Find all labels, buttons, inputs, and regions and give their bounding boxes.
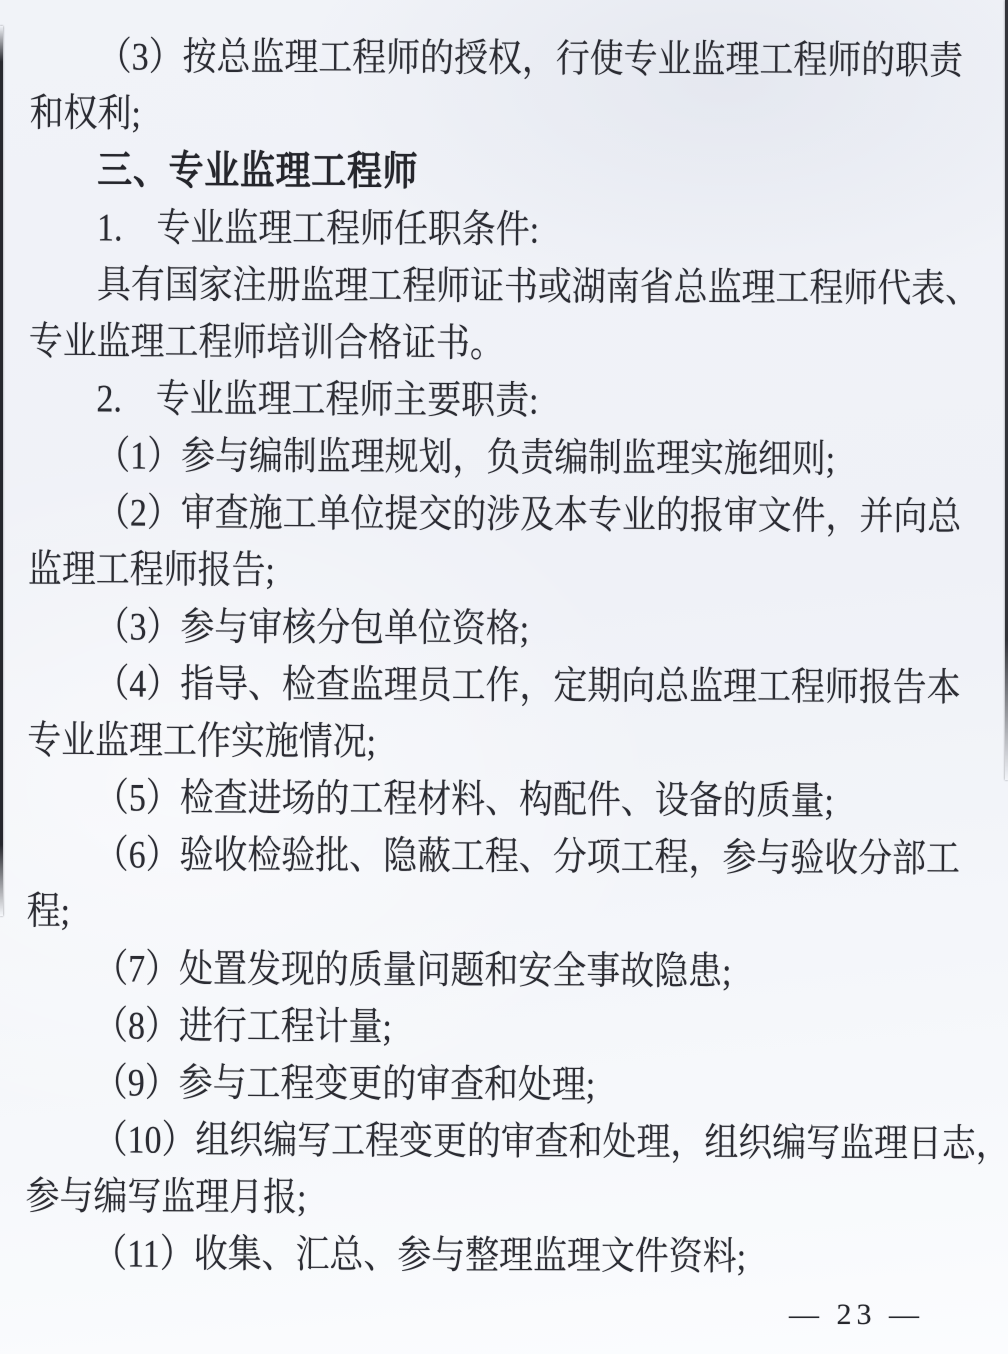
paragraph-line: （3）参与审核分包单位资格; [28, 598, 977, 660]
paragraph-line: （10）组织编写工程变更的审查和处理，组织编写监理日志， [26, 1111, 975, 1173]
paragraph-line: （6）验收检验批、隐蔽工程、分项工程，参与验收分部工 [27, 826, 976, 888]
paragraph-line: 参与编写监理月报; [25, 1168, 974, 1230]
paragraph-line: 专业监理工程师培训合格证书。 [29, 313, 978, 375]
paragraph-line: （1）参与编制监理规划，负责编制监理实施细则; [28, 427, 977, 489]
paragraph-line: 1. 专业监理工程师任职条件: [29, 199, 978, 261]
paragraph-line: （7）处置发现的质量问题和安全事故隐患; [26, 940, 975, 1002]
paragraph-line: 具有国家注册监理工程师证书或湖南省总监理工程师代表、 [29, 256, 978, 318]
paragraph-line: 2. 专业监理工程师主要职责: [28, 370, 977, 432]
page-number: — 23 — [789, 1298, 924, 1332]
paragraph-line: （3）按总监理工程师的授权，行使专业监理工程师的职责 [30, 28, 979, 90]
paragraph-line: 和权利; [30, 85, 979, 147]
paragraph-line: （9）参与工程变更的审查和处理; [26, 1054, 975, 1116]
paragraph-line: （4）指导、检查监理员工作，定期向总监理工程师报告本 [27, 655, 976, 717]
document-body: （3）按总监理工程师的授权，行使专业监理工程师的职责 和权利; 三、专业监理工程… [25, 28, 978, 1287]
paragraph-line: 专业监理工作实施情况; [27, 712, 976, 774]
paragraph-line: （8）进行工程计量; [26, 997, 975, 1059]
paragraph-line: 程; [27, 883, 976, 945]
paragraph-line: （5）检查进场的工程材料、构配件、设备的质量; [27, 769, 976, 831]
scanned-document-page: （3）按总监理工程师的授权，行使专业监理工程师的职责 和权利; 三、专业监理工程… [0, 0, 1008, 1354]
paragraph-line: 监理工程师报告; [28, 541, 977, 603]
paragraph-line: （11）收集、汇总、参与整理监理文件资料; [25, 1225, 974, 1287]
scan-edge-artifact-left [0, 26, 3, 916]
paragraph-line: （2）审查施工单位提交的涉及本专业的报审文件，并向总 [28, 484, 977, 546]
section-heading: 三、专业监理工程师 [29, 142, 978, 204]
